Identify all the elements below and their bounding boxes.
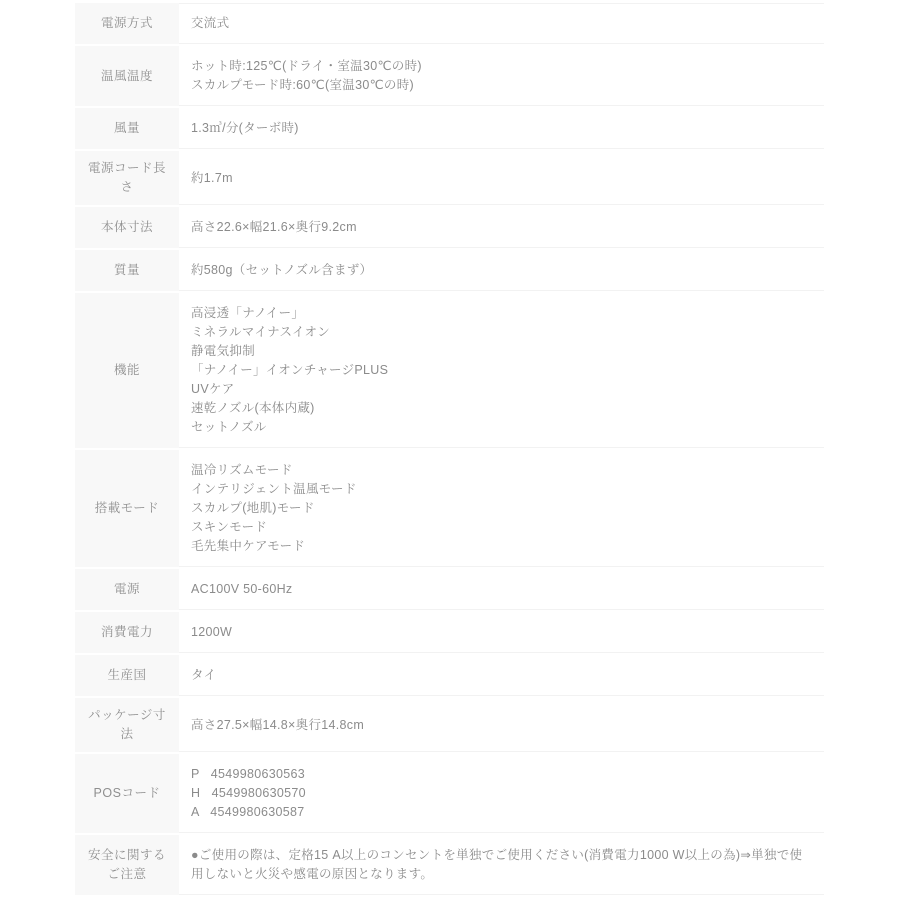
spec-label: 電源コード長さ: [75, 151, 179, 205]
spec-value: ホット時:125℃(ドライ・室温30℃の時)スカルプモード時:60℃(室温30℃…: [179, 46, 824, 106]
spec-value-line: A 4549980630587: [191, 803, 812, 822]
spec-value-line: スカルプモード時:60℃(室温30℃の時): [191, 76, 812, 95]
spec-label: 安全に関するご注意: [75, 835, 179, 895]
spec-value-line: ●ご使用の際は、定格15 A以上のコンセントを単独でご使用ください(消費電力10…: [191, 846, 812, 884]
spec-label: 消費電力: [75, 612, 179, 653]
spec-label: 電源方式: [75, 3, 179, 44]
spec-value-line: 温冷リズムモード: [191, 461, 812, 480]
spec-value-line: H 4549980630570: [191, 784, 812, 803]
spec-value-line: 静電気抑制: [191, 342, 812, 361]
spec-value-line: 高浸透「ナノイー」: [191, 304, 812, 323]
spec-value-line: タイ: [191, 666, 812, 685]
spec-row: 生産国 タイ: [75, 655, 824, 696]
spec-value-line: AC100V 50-60Hz: [191, 580, 812, 599]
spec-value-line: 毛先集中ケアモード: [191, 537, 812, 556]
spec-row: 機能 高浸透「ナノイー」ミネラルマイナスイオン静電気抑制「ナノイー」イオンチャー…: [75, 293, 824, 448]
spec-value-line: ホット時:125℃(ドライ・室温30℃の時): [191, 57, 812, 76]
spec-value: AC100V 50-60Hz: [179, 569, 824, 610]
spec-value-line: 「ナノイー」イオンチャージPLUS: [191, 361, 812, 380]
spec-row: 電源方式 交流式: [75, 3, 824, 44]
spec-label: 風量: [75, 108, 179, 149]
spec-value: 1200W: [179, 612, 824, 653]
spec-value-line: 速乾ノズル(本体内蔵): [191, 399, 812, 418]
spec-value-line: 交流式: [191, 14, 812, 33]
spec-value: ●ご使用の際は、定格15 A以上のコンセントを単独でご使用ください(消費電力10…: [179, 835, 824, 895]
spec-row: 風量 1.3㎥/分(ターボ時): [75, 108, 824, 149]
spec-value: 交流式: [179, 3, 824, 44]
spec-value-line: 約1.7m: [191, 169, 812, 188]
spec-value: タイ: [179, 655, 824, 696]
spec-value-line: 約580g（セットノズル含まず）: [191, 261, 812, 280]
spec-value: 約580g（セットノズル含まず）: [179, 250, 824, 291]
spec-value-line: UVケア: [191, 380, 812, 399]
spec-value: 温冷リズムモードインテリジェント温風モードスカルプ(地肌)モードスキンモード毛先…: [179, 450, 824, 567]
spec-value: 高さ22.6×幅21.6×奥行9.2cm: [179, 207, 824, 248]
spec-value: P 4549980630563H 4549980630570A 45499806…: [179, 754, 824, 833]
spec-table: 電源方式 交流式 温風温度 ホット時:125℃(ドライ・室温30℃の時)スカルプ…: [75, 3, 824, 895]
spec-label: 電源: [75, 569, 179, 610]
spec-value-line: 高さ27.5×幅14.8×奥行14.8cm: [191, 716, 812, 735]
spec-row: 温風温度 ホット時:125℃(ドライ・室温30℃の時)スカルプモード時:60℃(…: [75, 46, 824, 106]
spec-value-line: ミネラルマイナスイオン: [191, 323, 812, 342]
spec-label: 機能: [75, 293, 179, 448]
spec-value-line: スキンモード: [191, 518, 812, 537]
spec-value: 約1.7m: [179, 151, 824, 205]
spec-value: 高さ27.5×幅14.8×奥行14.8cm: [179, 698, 824, 752]
spec-label: パッケージ寸法: [75, 698, 179, 752]
spec-row: 電源コード長さ 約1.7m: [75, 151, 824, 205]
spec-value-line: 1.3㎥/分(ターボ時): [191, 119, 812, 138]
spec-label: 生産国: [75, 655, 179, 696]
spec-value-line: セットノズル: [191, 418, 812, 437]
spec-value: 高浸透「ナノイー」ミネラルマイナスイオン静電気抑制「ナノイー」イオンチャージPL…: [179, 293, 824, 448]
spec-row: 電源 AC100V 50-60Hz: [75, 569, 824, 610]
spec-label: 質量: [75, 250, 179, 291]
spec-row: 搭載モード 温冷リズムモードインテリジェント温風モードスカルプ(地肌)モードスキ…: [75, 450, 824, 567]
spec-label: 搭載モード: [75, 450, 179, 567]
spec-row: パッケージ寸法 高さ27.5×幅14.8×奥行14.8cm: [75, 698, 824, 752]
spec-label: 温風温度: [75, 46, 179, 106]
spec-row: 質量 約580g（セットノズル含まず）: [75, 250, 824, 291]
spec-value-line: P 4549980630563: [191, 765, 812, 784]
spec-value: 1.3㎥/分(ターボ時): [179, 108, 824, 149]
spec-row: 安全に関するご注意 ●ご使用の際は、定格15 A以上のコンセントを単独でご使用く…: [75, 835, 824, 895]
spec-label: 本体寸法: [75, 207, 179, 248]
spec-row: 消費電力 1200W: [75, 612, 824, 653]
spec-row: POSコード P 4549980630563H 4549980630570A 4…: [75, 754, 824, 833]
spec-row: 本体寸法 高さ22.6×幅21.6×奥行9.2cm: [75, 207, 824, 248]
spec-label: POSコード: [75, 754, 179, 833]
spec-value-line: 1200W: [191, 623, 812, 642]
spec-value-line: スカルプ(地肌)モード: [191, 499, 812, 518]
spec-value-line: 高さ22.6×幅21.6×奥行9.2cm: [191, 218, 812, 237]
spec-value-line: インテリジェント温風モード: [191, 480, 812, 499]
product-spec-page: 電源方式 交流式 温風温度 ホット時:125℃(ドライ・室温30℃の時)スカルプ…: [0, 0, 900, 900]
